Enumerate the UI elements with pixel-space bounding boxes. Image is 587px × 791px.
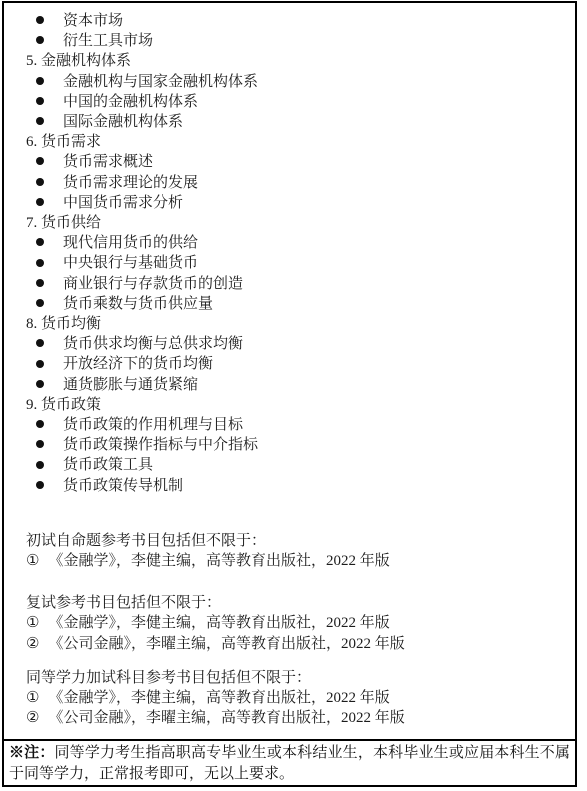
outline-item-text: 货币政策工具 <box>63 457 153 473</box>
spacer <box>26 571 561 593</box>
outline-item-text: 衍生工具市场 <box>63 33 153 49</box>
outline-heading-text: 5. 金融机构体系 <box>26 53 131 69</box>
outline-item: 中国货币需求分析 <box>26 193 561 213</box>
outline-item-text: 商业银行与存款货币的创造 <box>63 276 243 292</box>
reference-section-intro: 同等学力加试科目参考书目包括但不限于： <box>26 668 561 688</box>
outline-item-text: 中国货币需求分析 <box>63 195 183 211</box>
outline-item-text: 现代信用货币的供给 <box>63 235 198 251</box>
bullet-icon <box>36 77 44 85</box>
book-item-text: 《金融学》，李健主编，高等教育出版社，2022 年版 <box>48 690 389 706</box>
reference-section-intro-text: 复试参考书目包括但不限于： <box>26 595 221 611</box>
outline-heading-text: 8. 货币均衡 <box>26 316 101 332</box>
reference-section-intro-text: 同等学力加试科目参考书目包括但不限于： <box>26 670 311 686</box>
outline-item: 货币政策传导机制 <box>26 476 561 496</box>
bullet-icon <box>36 117 44 125</box>
note-prefix: ※注： <box>9 745 55 761</box>
outline-item: 金融机构与国家金融机构体系 <box>26 72 561 92</box>
outline-item: 中央银行与基础货币 <box>26 253 561 273</box>
bullet-icon <box>36 16 44 24</box>
book-item-text: 《公司金融》，李曜主编，高等教育出版社，2022 年版 <box>48 636 404 652</box>
book-item: ①《金融学》，李健主编，高等教育出版社，2022 年版 <box>26 613 561 633</box>
outline-item: 货币政策工具 <box>26 455 561 475</box>
outline-heading: 5. 金融机构体系 <box>26 51 561 71</box>
outline-item-text: 国际金融机构体系 <box>63 114 183 130</box>
bullet-icon <box>36 36 44 44</box>
circled-number-icon: ② <box>26 710 39 726</box>
outline-item: 通货膨胀与通货紧缩 <box>26 375 561 395</box>
document-table: 资本市场 衍生工具市场 5. 金融机构体系 金融机构与国家金融机构体系 中国的金… <box>2 1 577 787</box>
outline-item-text: 中国的金融机构体系 <box>63 94 198 110</box>
book-item-text: 《金融学》，李健主编，高等教育出版社，2022 年版 <box>48 615 389 631</box>
bullet-icon <box>36 380 44 388</box>
outline-item-text: 通货膨胀与通货紧缩 <box>63 377 198 393</box>
outline-item-text: 中央银行与基础货币 <box>63 255 198 271</box>
bullet-icon <box>36 339 44 347</box>
bullet-icon <box>36 238 44 246</box>
bullet-icon <box>36 178 44 186</box>
syllabus-cell: 资本市场 衍生工具市场 5. 金融机构体系 金融机构与国家金融机构体系 中国的金… <box>4 3 575 739</box>
circled-number-icon: ① <box>26 615 39 631</box>
bullet-icon <box>36 279 44 287</box>
book-item-text: 《金融学》，李健主编，高等教育出版社，2022 年版 <box>48 553 389 569</box>
outline-heading-text: 9. 货币政策 <box>26 397 101 413</box>
reference-section-intro: 复试参考书目包括但不限于： <box>26 593 561 613</box>
reference-section-intro: 初试自命题参考书目包括但不限于： <box>26 531 561 551</box>
bullet-icon <box>36 259 44 267</box>
outline-heading: 7. 货币供给 <box>26 213 561 233</box>
bullet-icon <box>36 481 44 489</box>
book-item-text: 《公司金融》，李曜主编，高等教育出版社，2022 年版 <box>48 710 404 726</box>
outline-item: 中国的金融机构体系 <box>26 92 561 112</box>
outline-item-text: 货币需求理论的发展 <box>63 175 198 191</box>
outline-item: 货币政策的作用机理与目标 <box>26 415 561 435</box>
note-cell: ※注：同等学力考生指高职高专毕业生或本科结业生，本科毕业生或应届本科生不属于同等… <box>4 739 575 785</box>
bullet-icon <box>36 360 44 368</box>
outline-item: 货币需求理论的发展 <box>26 173 561 193</box>
reference-section-intro-text: 初试自命题参考书目包括但不限于： <box>26 533 266 549</box>
outline-item-text: 货币供求均衡与总供求均衡 <box>63 336 243 352</box>
spacer <box>26 496 561 531</box>
bullet-icon <box>36 198 44 206</box>
outline-heading: 9. 货币政策 <box>26 395 561 415</box>
outline-heading: 8. 货币均衡 <box>26 314 561 334</box>
outline-item: 国际金融机构体系 <box>26 112 561 132</box>
outline-item-text: 货币政策传导机制 <box>63 478 183 494</box>
book-item: ①《金融学》，李健主编，高等教育出版社，2022 年版 <box>26 551 561 571</box>
outline-item: 货币供求均衡与总供求均衡 <box>26 334 561 354</box>
outline-item: 商业银行与存款货币的创造 <box>26 274 561 294</box>
outline-heading-text: 6. 货币需求 <box>26 134 101 150</box>
outline-item-text: 货币需求概述 <box>63 154 153 170</box>
bullet-icon <box>36 420 44 428</box>
outline-item: 衍生工具市场 <box>26 31 561 51</box>
outline-item-text: 开放经济下的货币均衡 <box>63 356 213 372</box>
outline-item: 开放经济下的货币均衡 <box>26 354 561 374</box>
circled-number-icon: ② <box>26 636 39 652</box>
book-item: ①《金融学》，李健主编，高等教育出版社，2022 年版 <box>26 688 561 708</box>
bullet-icon <box>36 157 44 165</box>
bullet-icon <box>36 440 44 448</box>
spacer <box>26 654 561 668</box>
outline-item-text: 货币乘数与货币供应量 <box>63 296 213 312</box>
outline-heading: 6. 货币需求 <box>26 132 561 152</box>
bullet-icon <box>36 461 44 469</box>
outline-item: 货币需求概述 <box>26 152 561 172</box>
note-text: 同等学力考生指高职高专毕业生或本科结业生，本科毕业生或应届本科生不属于同等学力，… <box>9 745 570 782</box>
outline-item-text: 金融机构与国家金融机构体系 <box>63 74 258 90</box>
bullet-icon <box>36 97 44 105</box>
outline-item: 货币乘数与货币供应量 <box>26 294 561 314</box>
outline-item-text: 货币政策的作用机理与目标 <box>63 417 243 433</box>
circled-number-icon: ① <box>26 690 39 706</box>
outline-item: 货币政策操作指标与中介指标 <box>26 435 561 455</box>
book-item: ②《公司金融》，李曜主编，高等教育出版社，2022 年版 <box>26 634 561 654</box>
outline-item-text: 资本市场 <box>63 13 123 29</box>
outline-item: 资本市场 <box>26 11 561 31</box>
bullet-icon <box>36 299 44 307</box>
outline-item: 现代信用货币的供给 <box>26 233 561 253</box>
outline-item-text: 货币政策操作指标与中介指标 <box>63 437 258 453</box>
book-item: ②《公司金融》，李曜主编，高等教育出版社，2022 年版 <box>26 708 561 728</box>
outline-heading-text: 7. 货币供给 <box>26 215 101 231</box>
circled-number-icon: ① <box>26 553 39 569</box>
